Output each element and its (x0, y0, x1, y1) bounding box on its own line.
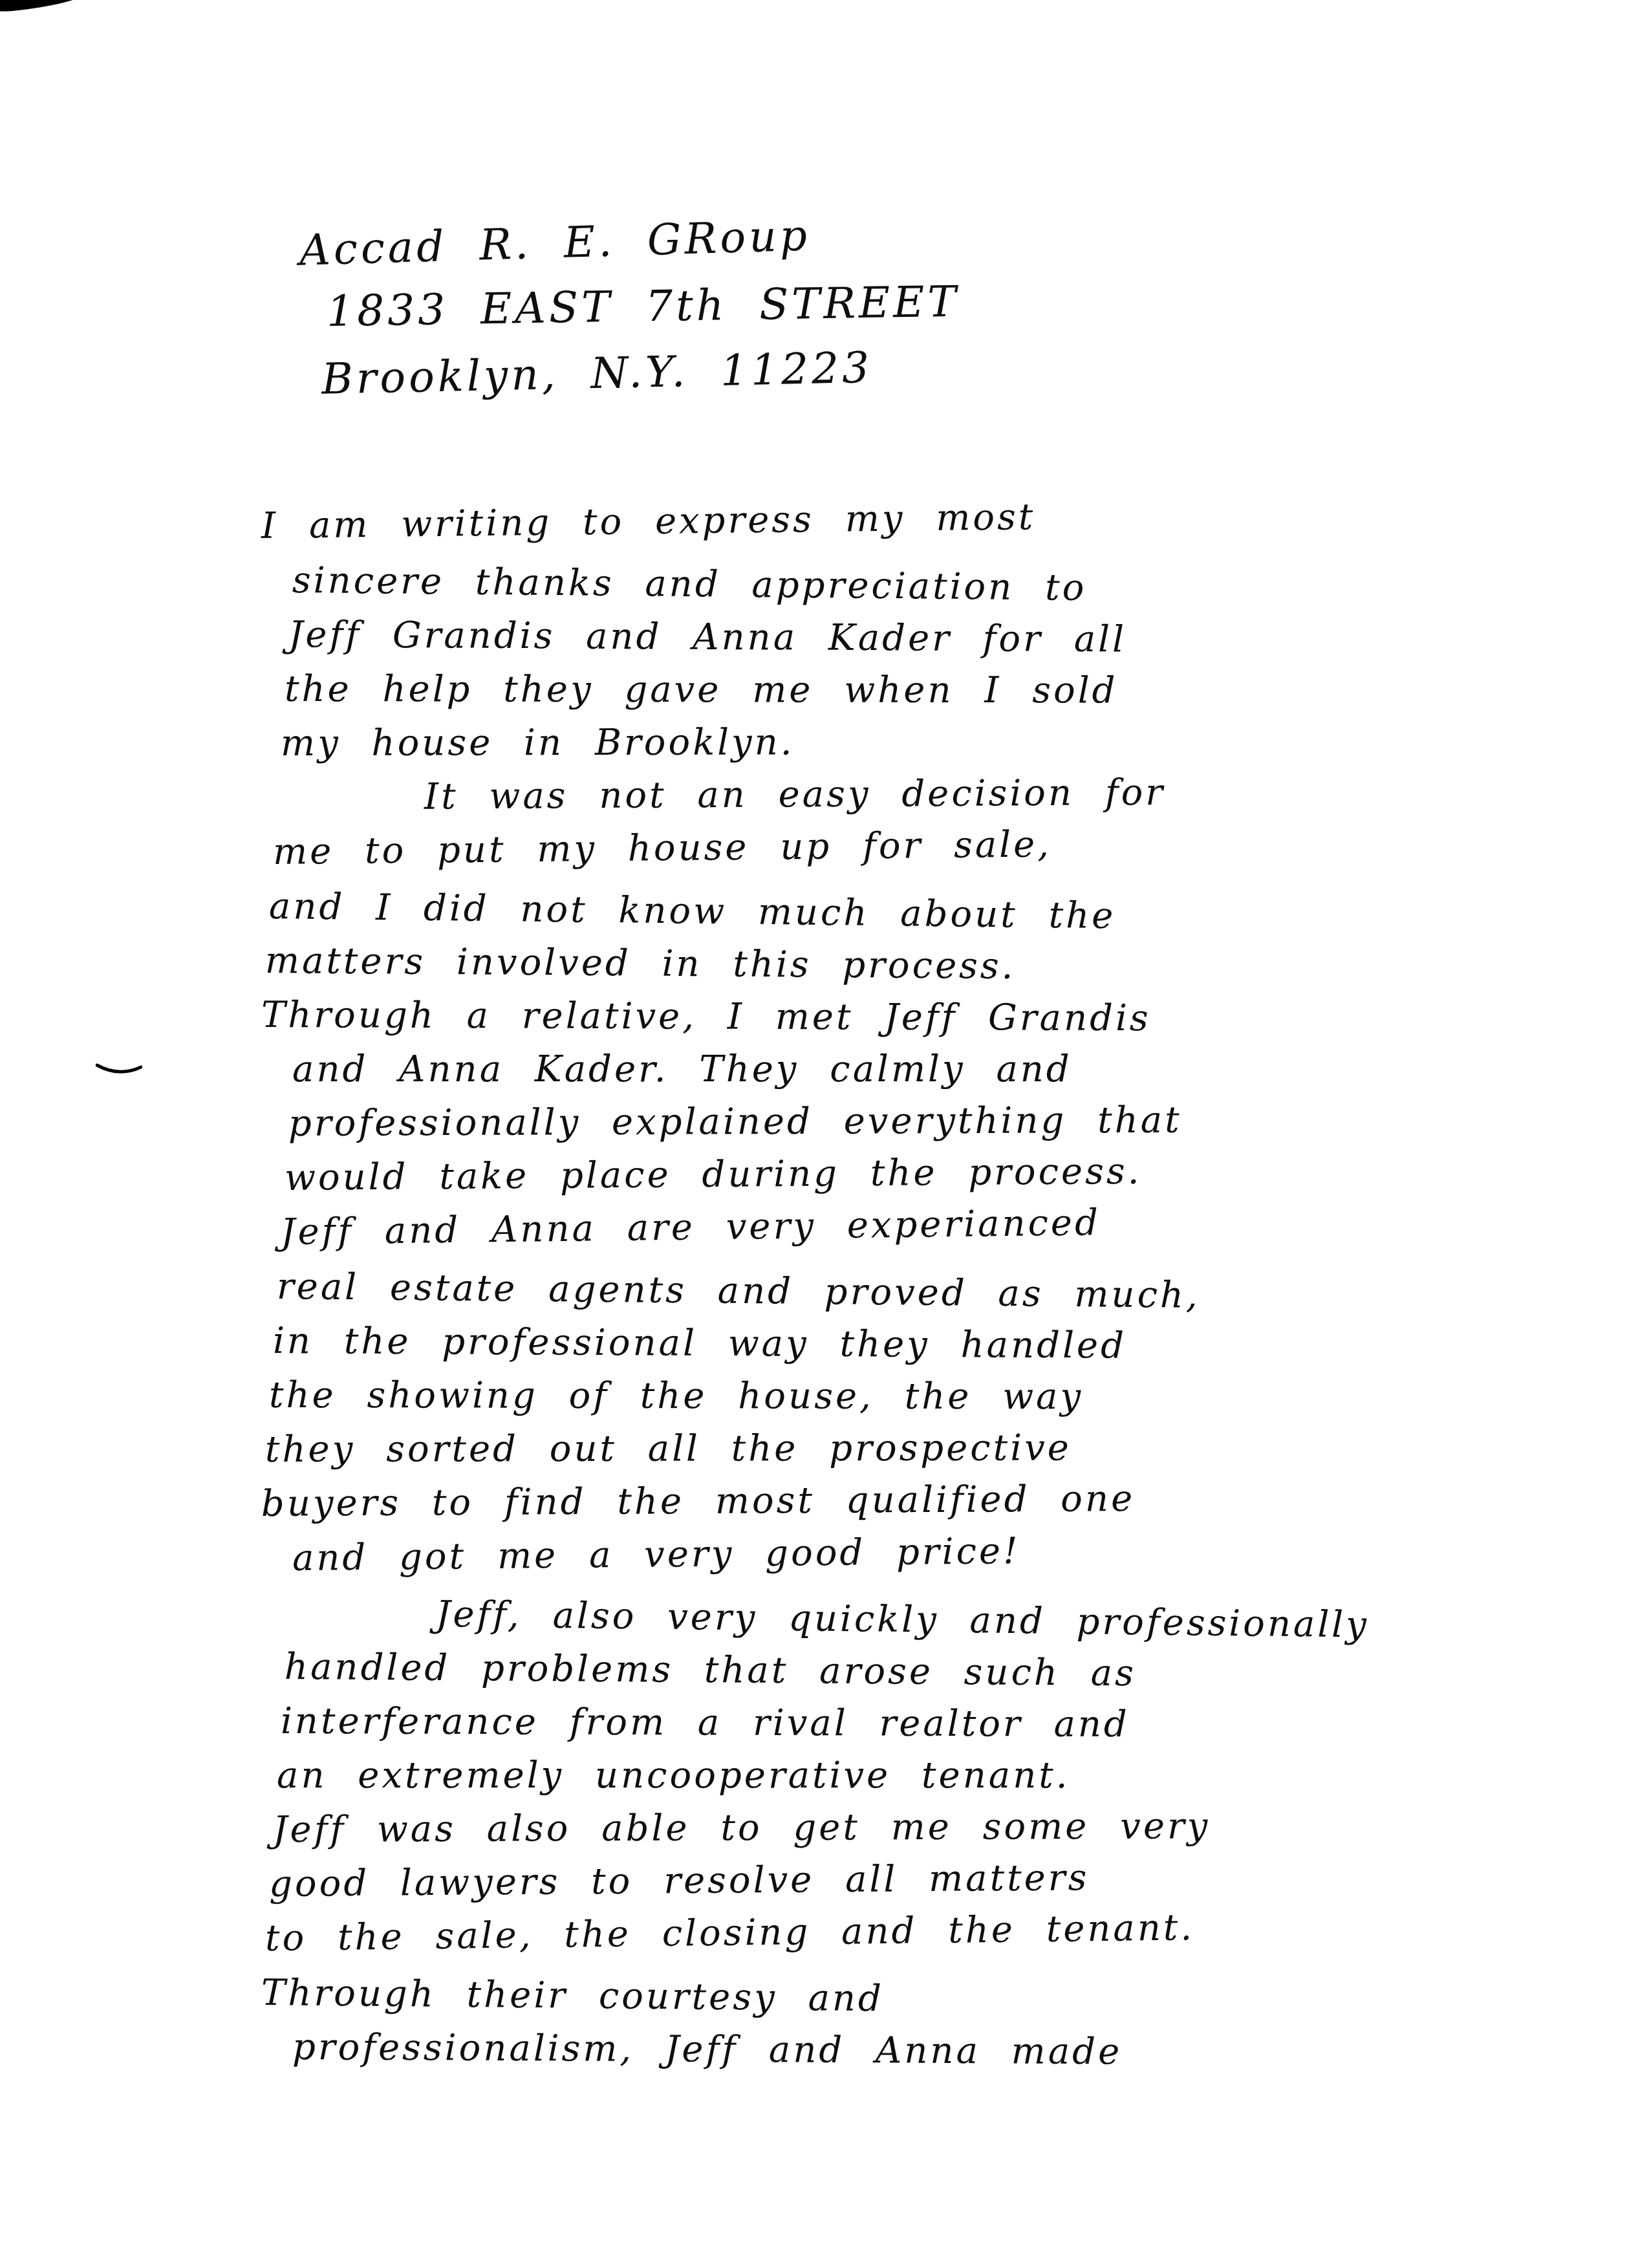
handwritten-line: and Anna Kader. They calmly and (292, 1042, 1557, 1097)
paragraph: It was not an easy decision forme to put… (277, 771, 1557, 1586)
handwritten-line: and got me a very good price! (292, 1519, 1558, 1586)
paragraph: Jeff, also very quickly and professional… (277, 1586, 1557, 2075)
handwritten-line: interferance from a rival realtor and (281, 1694, 1557, 1754)
handwritten-line: me to put my house up for sale, (273, 813, 1558, 880)
handwritten-line: I am writing to express my most (261, 484, 1558, 554)
address-line: Brooklyn, N.Y. 11223 (321, 333, 961, 413)
paragraph: I am writing to express my mostsincere t… (277, 499, 1557, 771)
handwritten-line: my house in Brooklyn. (281, 714, 1557, 771)
handwritten-line: Jeff Grandis and Anna Kader for all (288, 608, 1557, 669)
address-line: 1833 EAST 7th STREET (326, 269, 960, 345)
handwritten-line: the showing of the house, the way (269, 1368, 1557, 1425)
stray-pen-mark-icon (96, 1062, 142, 1079)
address-block: Accad R. E. GRoup1833 EAST 7th STREETBro… (312, 201, 962, 413)
handwritten-line: they sorted out all the prospective (265, 1420, 1557, 1477)
handwritten-line: Through a relative, I met Jeff Grandis (261, 988, 1557, 1048)
handwritten-line: an extremely uncooperative tenant. (277, 1749, 1557, 1803)
handwritten-line: in the professional way they handled (273, 1314, 1557, 1376)
scan-corner-smudge (0, 0, 89, 14)
letter-body: I am writing to express my mostsincere t… (277, 499, 1557, 2075)
scanned-letter-page: Accad R. E. GRoup1833 EAST 7th STREETBro… (0, 0, 1649, 2268)
handwritten-line: professionalism, Jeff and Anna made (292, 2020, 1557, 2082)
handwritten-line: the help they gave me when I sold (285, 662, 1557, 719)
